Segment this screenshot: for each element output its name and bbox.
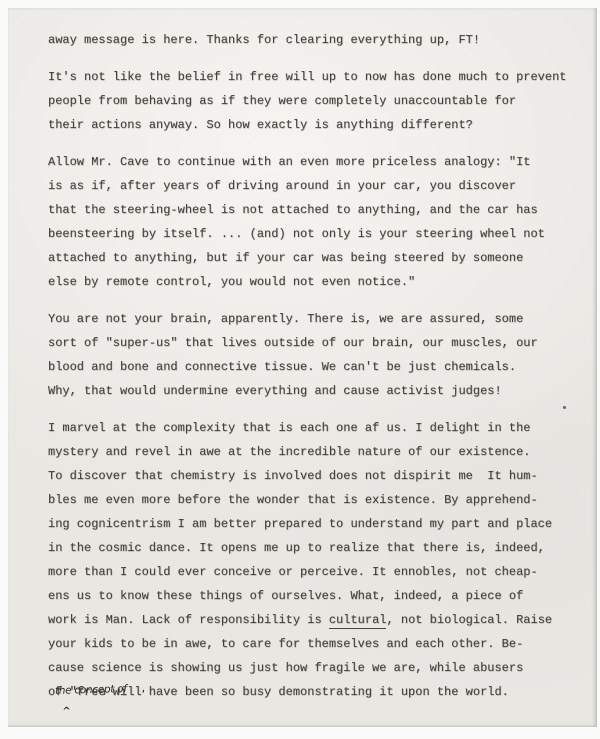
- typewritten-line: people from behaving as if they were com…: [48, 89, 597, 113]
- typewritten-line: blood and bone and connective tissue. We…: [48, 355, 597, 379]
- text-segment: mystery and revel in awe at the incredib…: [48, 445, 530, 459]
- text-segment: your kids to be in awe, to care for them…: [48, 637, 523, 651]
- text-segment: blood and bone and connective tissue. We…: [48, 360, 516, 374]
- text-segment: bles me even more before the wonder that…: [48, 493, 538, 507]
- text-segment: that the steering-wheel is not attached …: [48, 203, 538, 217]
- typewritten-line: ofthe concept of^"free will' have been s…: [48, 680, 597, 704]
- typewritten-text-body: away message is here. Thanks for clearin…: [48, 28, 597, 704]
- text-segment: work is Man. Lack of responsibility is: [48, 613, 329, 627]
- text-segment: ens us to know these things of ourselves…: [48, 589, 523, 603]
- text-segment: ing cognicentrism I am better prepared t…: [48, 517, 552, 531]
- underlined-word: cultural: [329, 613, 387, 629]
- text-segment: people from behaving as if they were com…: [48, 94, 516, 108]
- typewritten-line: your kids to be in awe, to care for them…: [48, 632, 597, 656]
- typewritten-line: sort of "super-us" that lives outside of…: [48, 331, 597, 355]
- text-segment: You are not your brain, apparently. Ther…: [48, 312, 523, 326]
- paragraph: I marvel at the complexity that is each …: [48, 416, 597, 704]
- scan-speck-artifact: [563, 406, 566, 409]
- paragraph: You are not your brain, apparently. Ther…: [48, 307, 597, 403]
- text-segment: sort of "super-us" that lives outside of…: [48, 336, 538, 350]
- text-segment: attached to anything, but if your car wa…: [48, 251, 523, 265]
- text-segment: more than I could ever conceive or perce…: [48, 565, 538, 579]
- paragraph: It's not like the belief in free will up…: [48, 65, 597, 137]
- text-segment: is as if, after years of driving around …: [48, 179, 516, 193]
- paper-sheet: away message is here. Thanks for clearin…: [8, 8, 597, 727]
- typewritten-line: else by remote control, you would not ev…: [48, 270, 597, 294]
- typewritten-line: I marvel at the complexity that is each …: [48, 416, 597, 440]
- text-segment: It's not like the belief in free will up…: [48, 70, 566, 84]
- text-segment: beensteering by itself. ... (and) not on…: [48, 227, 545, 241]
- typewritten-line: Allow Mr. Cave to continue with an even …: [48, 150, 597, 174]
- typewritten-line: mystery and revel in awe at the incredib…: [48, 440, 597, 464]
- text-segment: , not biological. Raise: [386, 613, 552, 627]
- text-segment: their actions anyway. So how exactly is …: [48, 118, 473, 132]
- typewritten-line: attached to anything, but if your car wa…: [48, 246, 597, 270]
- typewritten-line: cause science is showing us just how fra…: [48, 656, 597, 680]
- typewritten-line: in the cosmic dance. It opens me up to r…: [48, 536, 597, 560]
- typewritten-line: away message is here. Thanks for clearin…: [48, 28, 597, 52]
- typewritten-line: more than I could ever conceive or perce…: [48, 560, 597, 584]
- typewritten-line: It's not like the belief in free will up…: [48, 65, 597, 89]
- typewritten-line: bles me even more before the wonder that…: [48, 488, 597, 512]
- paragraph: Allow Mr. Cave to continue with an even …: [48, 150, 597, 294]
- paragraph: away message is here. Thanks for clearin…: [48, 28, 597, 52]
- text-segment: Allow Mr. Cave to continue with an even …: [48, 155, 530, 169]
- typewritten-line: You are not your brain, apparently. Ther…: [48, 307, 597, 331]
- handwritten-caret: ^: [62, 700, 70, 724]
- text-segment: have been so busy demonstrating it upon …: [142, 685, 509, 699]
- typewritten-line: work is Man. Lack of responsibility is c…: [48, 608, 597, 632]
- text-segment: away message is here. Thanks for clearin…: [48, 33, 480, 47]
- text-segment: Why, that would undermine everything and…: [48, 384, 502, 398]
- typewritten-line: beensteering by itself. ... (and) not on…: [48, 222, 597, 246]
- text-segment: in the cosmic dance. It opens me up to r…: [48, 541, 545, 555]
- text-segment: else by remote control, you would not ev…: [48, 275, 415, 289]
- text-segment: To discover that chemistry is involved d…: [48, 469, 538, 483]
- typewritten-line: that the steering-wheel is not attached …: [48, 198, 597, 222]
- typewritten-line: is as if, after years of driving around …: [48, 174, 597, 198]
- typewritten-line: To discover that chemistry is involved d…: [48, 464, 597, 488]
- typewritten-line: Why, that would undermine everything and…: [48, 379, 597, 403]
- typewritten-line: their actions anyway. So how exactly is …: [48, 113, 597, 137]
- typewritten-line: ing cognicentrism I am better prepared t…: [48, 512, 597, 536]
- typewritten-line: ens us to know these things of ourselves…: [48, 584, 597, 608]
- handwritten-insertion-anchor: the concept of^: [62, 694, 69, 695]
- text-segment: I marvel at the complexity that is each …: [48, 421, 530, 435]
- text-segment: cause science is showing us just how fra…: [48, 661, 523, 675]
- scanned-page: away message is here. Thanks for clearin…: [0, 0, 600, 739]
